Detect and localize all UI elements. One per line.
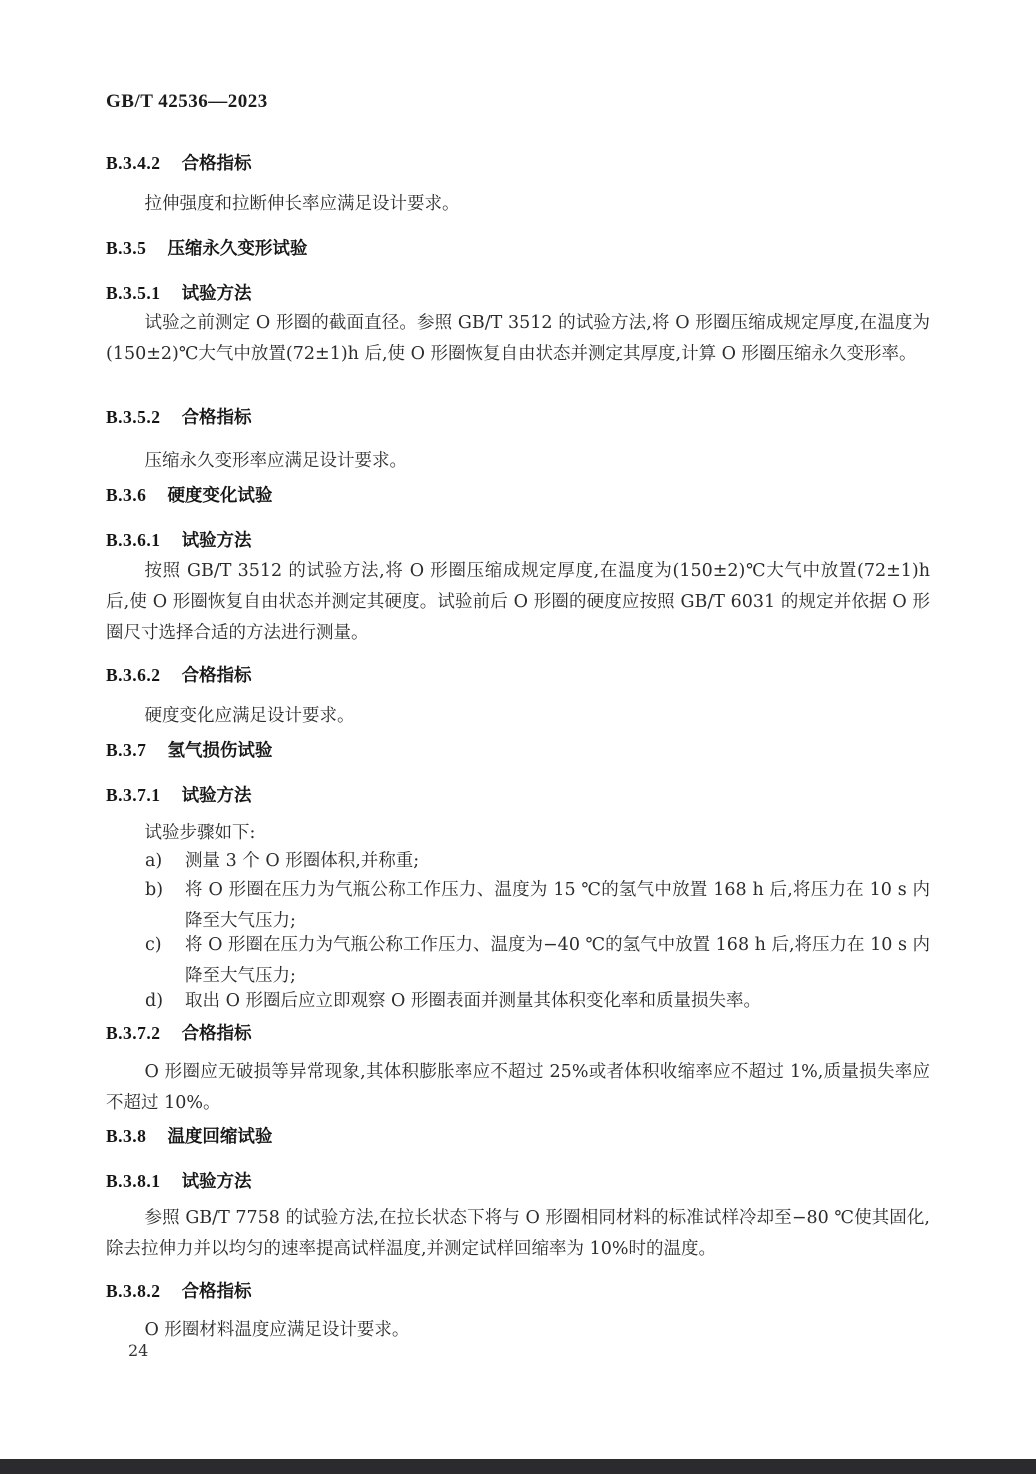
step-text: 将 O 形圈在压力为气瓶公称工作压力、温度为−40 ℃的氢气中放置 168 h … xyxy=(185,930,930,992)
bottom-scan-bar xyxy=(0,1459,1036,1474)
heading-title: 合格指标 xyxy=(182,1281,252,1301)
heading-number: B.3.7.2 xyxy=(106,1023,161,1043)
heading-b3-7-1: B.3.7.1试验方法 xyxy=(106,782,930,808)
heading-number: B.3.5.1 xyxy=(106,283,161,303)
heading-number: B.3.8.2 xyxy=(106,1281,161,1301)
step-text: 测量 3 个 O 形圈体积,并称重; xyxy=(185,846,930,877)
document-page: GB/T 42536—2023 B.3.4.2合格指标 拉伸强度和拉断伸长率应满… xyxy=(0,0,1036,1474)
step-item-a: a) 测量 3 个 O 形圈体积,并称重; xyxy=(106,846,930,877)
heading-title: 氢气损伤试验 xyxy=(167,740,272,760)
para-steps-intro: 试验步骤如下: xyxy=(106,818,930,849)
heading-number: B.3.6 xyxy=(106,485,146,505)
heading-b3-5-1: B.3.5.1试验方法 xyxy=(106,280,930,306)
para-compression-set-method: 试验之前测定 O 形圈的截面直径。参照 GB/T 3512 的试验方法,将 O … xyxy=(106,308,930,370)
step-marker: c) xyxy=(145,930,185,992)
heading-title: 温度回缩试验 xyxy=(167,1126,272,1146)
para-material-temperature-requirement: O 形圈材料温度应满足设计要求。 xyxy=(106,1315,930,1346)
para-hardness-change-method: 按照 GB/T 3512 的试验方法,将 O 形圈压缩成规定厚度,在温度为(15… xyxy=(106,556,930,649)
page-number: 24 xyxy=(128,1340,148,1362)
heading-b3-7: B.3.7氢气损伤试验 xyxy=(106,737,930,763)
heading-b3-5-2: B.3.5.2合格指标 xyxy=(106,404,930,430)
heading-title: 试验方法 xyxy=(182,1171,252,1191)
heading-title: 试验方法 xyxy=(182,530,252,550)
step-item-d: d) 取出 O 形圈后应立即观察 O 形圈表面并测量其体积变化率和质量损失率。 xyxy=(106,986,930,1017)
heading-number: B.3.5 xyxy=(106,238,146,258)
para-temperature-retraction-method: 参照 GB/T 7758 的试验方法,在拉长状态下将与 O 形圈相同材料的标准试… xyxy=(106,1203,930,1265)
heading-b3-6-2: B.3.6.2合格指标 xyxy=(106,662,930,688)
heading-number: B.3.6.2 xyxy=(106,665,161,685)
heading-number: B.3.6.1 xyxy=(106,530,161,550)
heading-b3-8-2: B.3.8.2合格指标 xyxy=(106,1278,930,1304)
para-hardness-change-requirement: 硬度变化应满足设计要求。 xyxy=(106,701,930,732)
heading-title: 合格指标 xyxy=(182,153,252,173)
heading-b3-8: B.3.8温度回缩试验 xyxy=(106,1123,930,1149)
heading-b3-6-1: B.3.6.1试验方法 xyxy=(106,527,930,553)
heading-b3-5: B.3.5压缩永久变形试验 xyxy=(106,235,930,261)
heading-title: 合格指标 xyxy=(182,407,252,427)
heading-b3-8-1: B.3.8.1试验方法 xyxy=(106,1168,930,1194)
heading-number: B.3.8.1 xyxy=(106,1171,161,1191)
heading-title: 试验方法 xyxy=(182,283,252,303)
step-marker: a) xyxy=(145,846,185,877)
step-text: 将 O 形圈在压力为气瓶公称工作压力、温度为 15 ℃的氢气中放置 168 h … xyxy=(185,875,930,937)
heading-title: 合格指标 xyxy=(182,665,252,685)
step-item-c: c) 将 O 形圈在压力为气瓶公称工作压力、温度为−40 ℃的氢气中放置 168… xyxy=(106,930,930,992)
heading-b3-4-2: B.3.4.2合格指标 xyxy=(106,150,930,176)
heading-title: 硬度变化试验 xyxy=(167,485,272,505)
para-tensile-requirement: 拉伸强度和拉断伸长率应满足设计要求。 xyxy=(106,189,930,220)
step-marker: b) xyxy=(145,875,185,937)
heading-b3-7-2: B.3.7.2合格指标 xyxy=(106,1020,930,1046)
heading-b3-6: B.3.6硬度变化试验 xyxy=(106,482,930,508)
heading-title: 试验方法 xyxy=(182,785,252,805)
heading-number: B.3.5.2 xyxy=(106,407,161,427)
para-compression-set-requirement: 压缩永久变形率应满足设计要求。 xyxy=(106,446,930,477)
heading-title: 压缩永久变形试验 xyxy=(167,238,307,258)
heading-number: B.3.7.1 xyxy=(106,785,161,805)
heading-number: B.3.4.2 xyxy=(106,153,161,173)
heading-number: B.3.7 xyxy=(106,740,146,760)
step-item-b: b) 将 O 形圈在压力为气瓶公称工作压力、温度为 15 ℃的氢气中放置 168… xyxy=(106,875,930,937)
step-marker: d) xyxy=(145,986,185,1017)
step-text: 取出 O 形圈后应立即观察 O 形圈表面并测量其体积变化率和质量损失率。 xyxy=(185,986,930,1017)
heading-number: B.3.8 xyxy=(106,1126,146,1146)
doc-number-header: GB/T 42536—2023 xyxy=(106,90,930,114)
heading-title: 合格指标 xyxy=(182,1023,252,1043)
para-hydrogen-damage-requirement: O 形圈应无破损等异常现象,其体积膨胀率应不超过 25%或者体积收缩率应不超过 … xyxy=(106,1057,930,1119)
